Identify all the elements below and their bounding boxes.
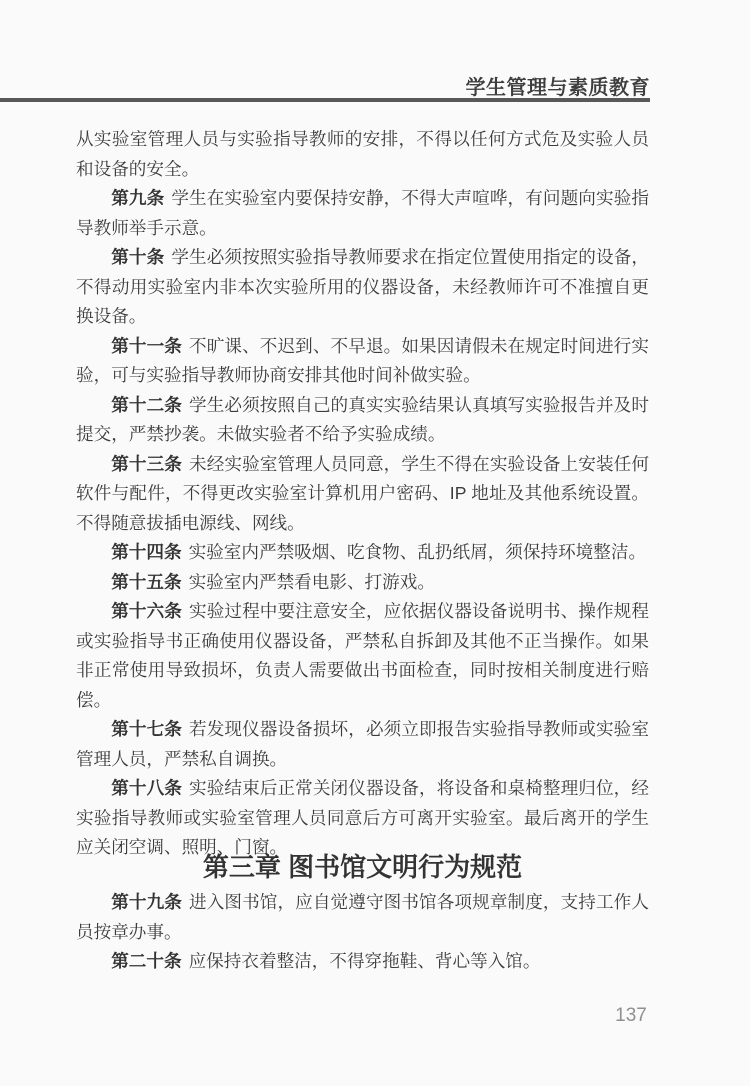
- article-number-label: 第十九条: [111, 892, 182, 912]
- article-number-label: 第十二条: [111, 395, 182, 415]
- article-number-label: 第十六条: [111, 601, 182, 621]
- article-paragraph: 第十一条不旷课、不迟到、不早退。如果因请假未在规定时间进行实验，可与实验指导教师…: [76, 332, 649, 391]
- chapter-heading: 第三章 图书馆文明行为规范: [76, 847, 649, 884]
- article-paragraph: 第十五条实验室内严禁看电影、打游戏。: [76, 568, 649, 598]
- article-text: 实验室内严禁吸烟、吃食物、乱扔纸屑，须保持环境整洁。: [189, 542, 646, 562]
- article-paragraph: 第十三条未经实验室管理人员同意，学生不得在实验设备上安装任何软件与配件，不得更改…: [76, 450, 649, 539]
- article-number-label: 第十五条: [111, 572, 181, 592]
- page-number: 137: [613, 1005, 649, 1027]
- article-paragraph: 第十九条进入图书馆，应自觉遵守图书馆各项规章制度，支持工作人员按章办事。: [76, 888, 649, 947]
- article-paragraph: 第十七条若发现仪器设备损坏，必须立即报告实验指导教师或实验室管理人员，严禁私自调…: [76, 715, 649, 774]
- article-number-label: 第十一条: [111, 336, 182, 356]
- article-paragraph: 从实验室管理人员与实验指导教师的安排，不得以任何方式危及实验人员和设备的安全。: [76, 125, 649, 184]
- article-number-label: 第十四条: [111, 542, 181, 562]
- article-number-label: 第十七条: [111, 719, 182, 739]
- article-text: 应保持衣着整洁，不得穿拖鞋、背心等入馆。: [189, 951, 541, 971]
- article-number-label: 第九条: [111, 188, 164, 208]
- article-number-label: 第十八条: [111, 778, 182, 798]
- article-text: 从实验室管理人员与实验指导教师的安排，不得以任何方式危及实验人员和设备的安全。: [76, 129, 649, 179]
- article-text: 实验室内严禁看电影、打游戏。: [189, 572, 435, 592]
- article-paragraph: 第十六条实验过程中要注意安全，应依据仪器设备说明书、操作规程或实验指导书正确使用…: [76, 597, 649, 715]
- header-rule-divider: [0, 98, 650, 102]
- article-number-label: 第十三条: [111, 454, 182, 474]
- article-section-library-rules: 第十九条进入图书馆，应自觉遵守图书馆各项规章制度，支持工作人员按章办事。 第二十…: [76, 888, 649, 977]
- article-paragraph: 第十二条学生必须按照自己的真实实验结果认真填写实验报告并及时提交，严禁抄袭。未做…: [76, 391, 649, 450]
- book-page: 学生管理与素质教育 从实验室管理人员与实验指导教师的安排，不得以任何方式危及实验…: [0, 0, 750, 1086]
- article-number-label: 第二十条: [111, 951, 181, 971]
- article-paragraph: 第二十条应保持衣着整洁，不得穿拖鞋、背心等入馆。: [76, 947, 649, 977]
- article-section-lab-rules: 从实验室管理人员与实验指导教师的安排，不得以任何方式危及实验人员和设备的安全。 …: [76, 125, 649, 863]
- article-number-label: 第十条: [111, 247, 164, 267]
- article-paragraph: 第十四条实验室内严禁吸烟、吃食物、乱扔纸屑，须保持环境整洁。: [76, 538, 649, 568]
- running-head: 学生管理与素质教育: [466, 71, 651, 100]
- article-paragraph: 第十条学生必须按照实验指导教师要求在指定位置使用指定的设备，不得动用实验室内非本…: [76, 243, 649, 332]
- article-paragraph: 第九条学生在实验室内要保持安静，不得大声喧哗，有问题向实验指导教师举手示意。: [76, 184, 649, 243]
